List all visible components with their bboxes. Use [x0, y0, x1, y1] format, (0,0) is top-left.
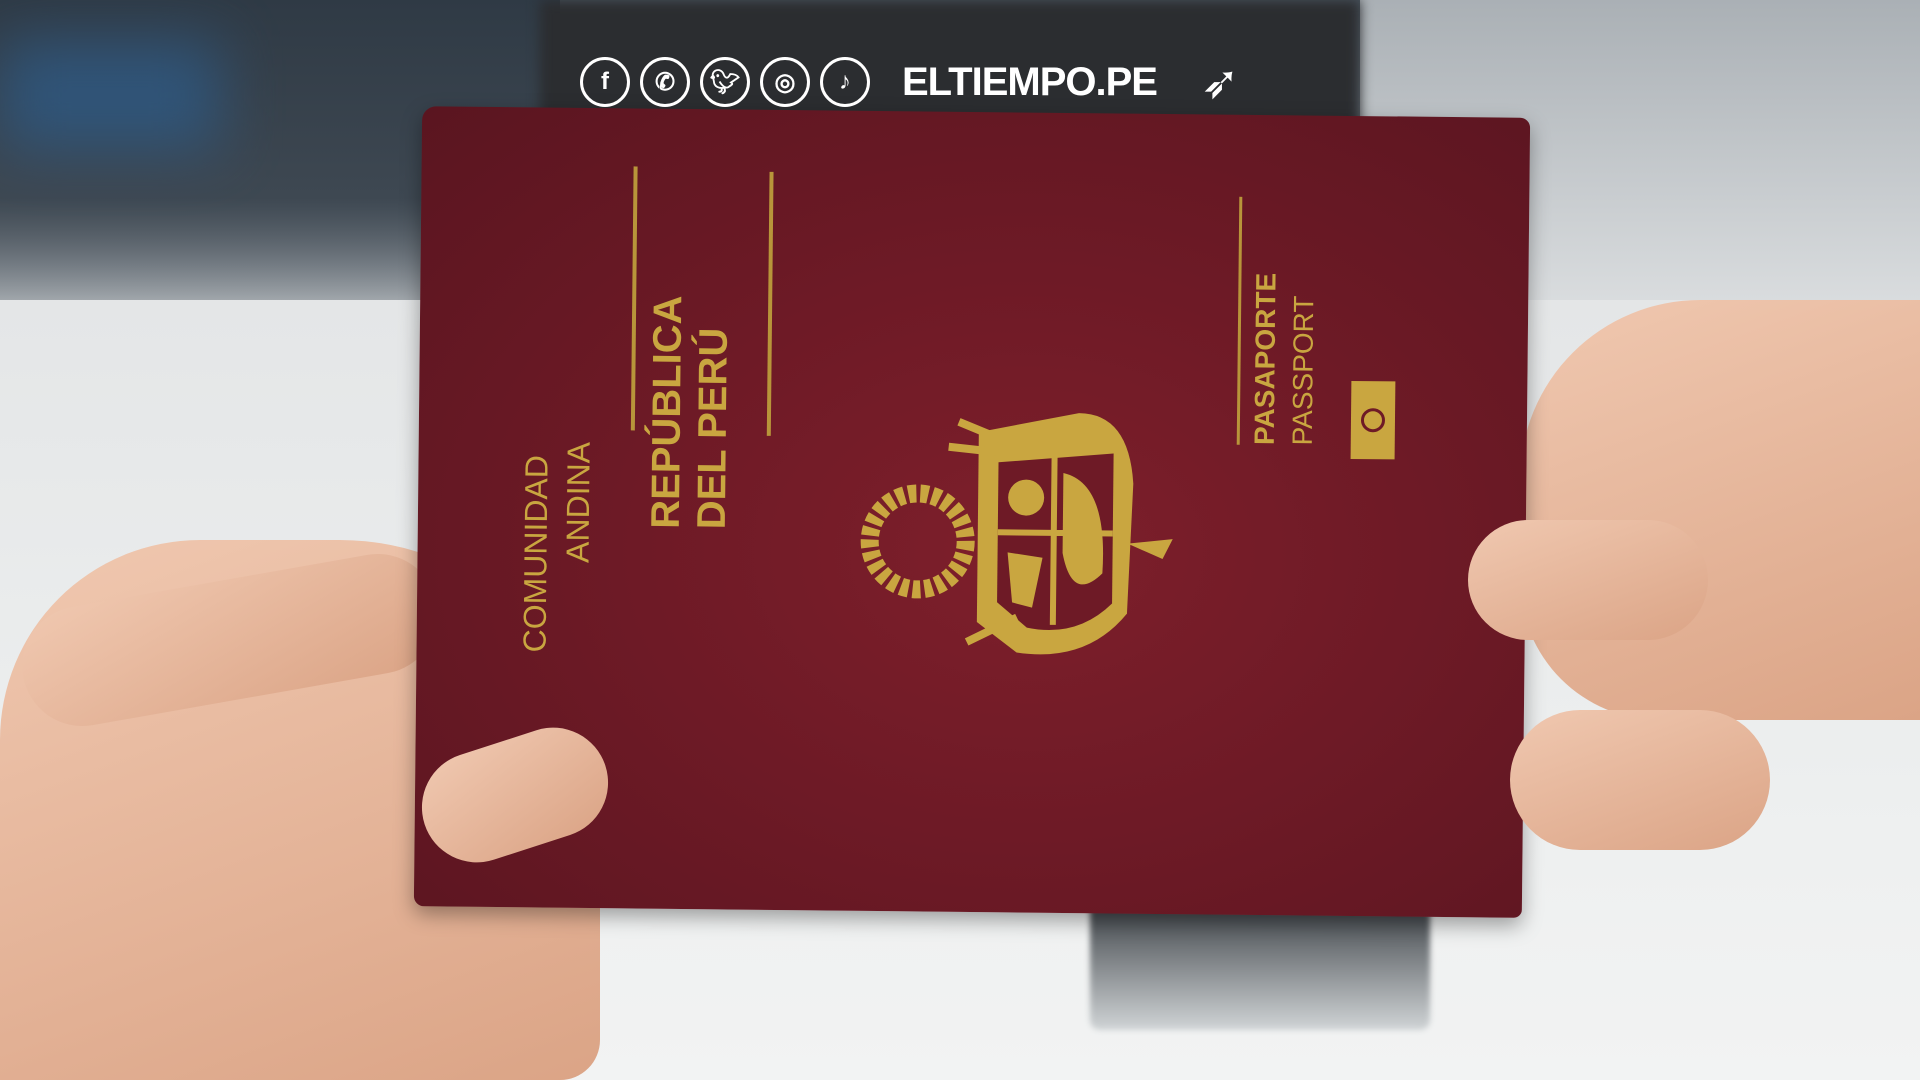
passport-andina-text: ANDINA [559, 442, 597, 563]
twitter-icon[interactable]: 🐦︎ [700, 57, 750, 107]
passport-passport-text: PASSPORT [1287, 295, 1321, 445]
coat-of-arms-icon [856, 391, 1179, 674]
gold-rule [631, 166, 638, 430]
facebook-icon[interactable]: f [580, 57, 630, 107]
passport-del-peru-text: DEL PERÚ [690, 328, 737, 530]
tiktok-icon[interactable]: ♪ [820, 57, 870, 107]
gold-rule [767, 172, 774, 436]
right-hand [1520, 300, 1920, 720]
watermark-header: f ✆ 🐦︎ ◎ ♪ ELTIEMPO.PE ➶ [580, 55, 1240, 109]
whatsapp-icon[interactable]: ✆ [640, 57, 690, 107]
passport-comunidad-text: COMUNIDAD [517, 455, 556, 653]
gold-rule [1237, 197, 1243, 445]
right-thumb [1468, 520, 1708, 640]
background-device [1090, 900, 1430, 1030]
passport-pasaporte-text: PASAPORTE [1249, 273, 1283, 445]
background-blur [0, 40, 220, 150]
instagram-icon[interactable]: ◎ [760, 57, 810, 107]
passport-republica-text: REPÚBLICA [644, 295, 691, 529]
right-hand-fingers [1510, 710, 1770, 850]
click-cursor-icon: ➶ [1201, 55, 1240, 109]
biometric-chip-icon [1351, 381, 1396, 459]
brand-logo[interactable]: ELTIEMPO.PE [902, 60, 1157, 105]
